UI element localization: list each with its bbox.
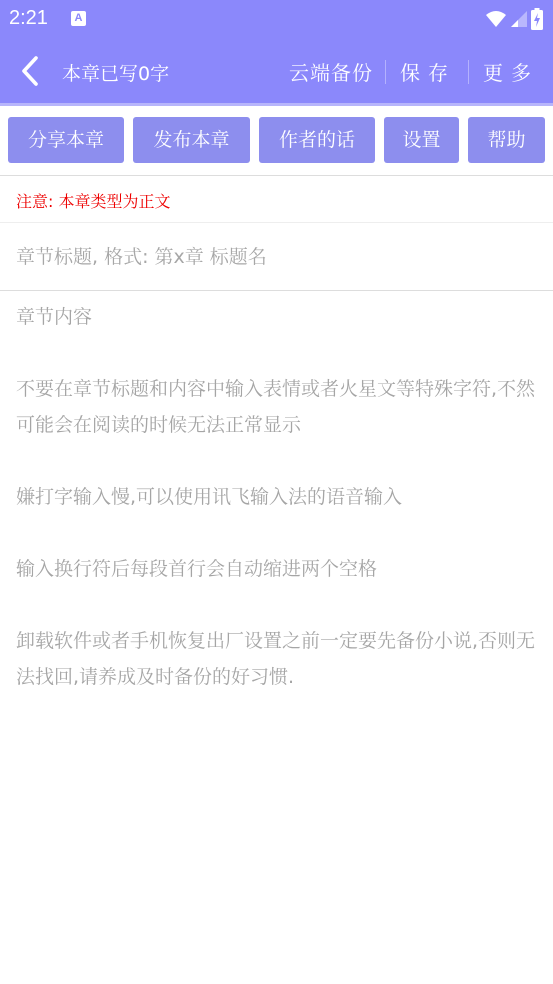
chapter-type-notice: 注意: 本章类型为正文 [16, 189, 170, 212]
page-title: 本章已写0字 [62, 59, 169, 86]
chapter-title-input[interactable] [0, 223, 553, 290]
header-actions: 云端备份 保存 更多 [289, 57, 539, 86]
divider [0, 175, 553, 176]
app-header: 本章已写0字 云端备份 保存 更多 [0, 40, 553, 103]
content-placeholder-line: 章节内容 [16, 299, 537, 335]
cloud-backup-button[interactable]: 云端备份 [289, 57, 373, 86]
save-button[interactable]: 保存 [400, 57, 456, 86]
header-divider [468, 60, 469, 84]
content-placeholder-line: 不要在章节标题和内容中输入表情或者火星文等特殊字符,不然可能会在阅读的时候无法正… [16, 371, 537, 443]
status-icons [485, 7, 543, 31]
status-time: 2:21 [9, 7, 48, 30]
settings-button[interactable]: 设置 [384, 117, 459, 163]
toolbar: 分享本章 发布本章 作者的话 设置 帮助 [0, 106, 553, 176]
content-placeholder-line: 输入换行符后每段首行会自动缩进两个空格 [16, 551, 537, 587]
publish-chapter-button[interactable]: 发布本章 [133, 117, 250, 163]
status-bar: 2:21 A [0, 0, 553, 40]
author-note-button[interactable]: 作者的话 [259, 117, 375, 163]
chevron-left-icon [16, 54, 46, 88]
share-chapter-button[interactable]: 分享本章 [8, 117, 124, 163]
header-divider [385, 60, 386, 84]
a-icon: A [71, 11, 86, 26]
battery-charging-icon [531, 8, 543, 30]
signal-icon [511, 10, 527, 28]
back-button[interactable] [16, 54, 46, 88]
more-button[interactable]: 更多 [483, 57, 539, 86]
content-placeholder-line: 嫌打字输入慢,可以使用讯飞输入法的语音输入 [16, 479, 537, 515]
wifi-icon [485, 10, 507, 28]
help-button[interactable]: 帮助 [468, 117, 545, 163]
content-placeholder-line: 卸载软件或者手机恢复出厂设置之前一定要先备份小说,否则无法找回,请养成及时备份的… [16, 623, 537, 695]
chapter-content-input[interactable]: 章节内容 不要在章节标题和内容中输入表情或者火星文等特殊字符,不然可能会在阅读的… [0, 291, 553, 984]
